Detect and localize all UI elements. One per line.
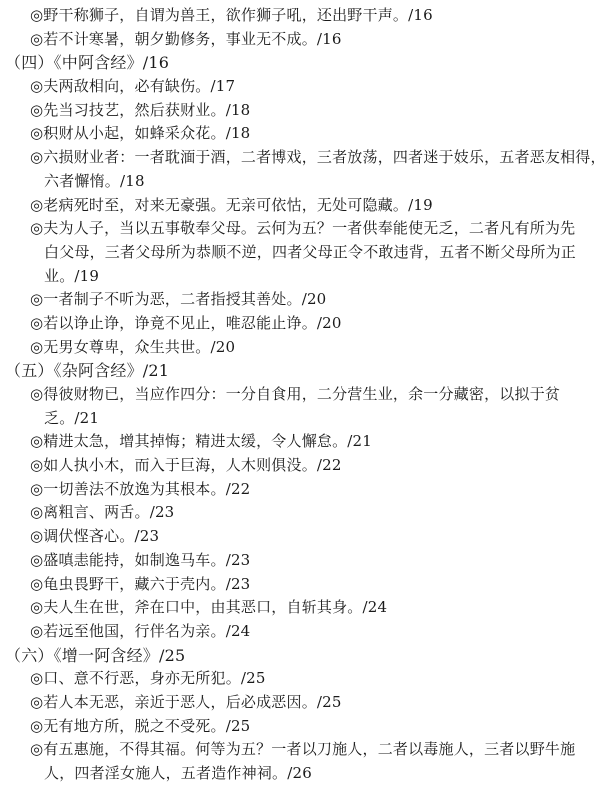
entry-line: ◎老病死时至，对来无豪强。无亲可依怙，无处可隐藏。/19 <box>0 194 600 218</box>
entry-line: ◎精进太急，增其掉悔；精进太缓，令人懈怠。/21 <box>0 430 600 454</box>
entry-line: ◎夫两敌相向，必有缺伤。/17 <box>0 75 600 99</box>
entry-line: ◎有五惠施，不得其福。何等为五？一者以刀施人，二者以毒施人，三者以野牛施 <box>0 738 600 762</box>
entry-line: ◎若不计寒暑，朝夕勤修务，事业无不成。/16 <box>0 28 600 52</box>
section-heading-za-ahan: （五）《杂阿含经》/21 <box>0 359 600 383</box>
entry-line: ◎若以诤止诤，诤竟不见止，唯忍能止诤。/20 <box>0 312 600 336</box>
entry-line: ◎口、意不行恶，身亦无所犯。/25 <box>0 667 600 691</box>
entry-line: ◎无有地方所，脱之不受死。/25 <box>0 715 600 739</box>
entry-continuation: 人，四者淫女施人，五者造作神祠。/26 <box>0 762 600 786</box>
entry-line: ◎龟虫畏野干，藏六于壳内。/23 <box>0 573 600 597</box>
book-page: ◎野干称狮子，自谓为兽王，欲作狮子吼，还出野干声。/16 ◎若不计寒暑，朝夕勤修… <box>0 0 600 800</box>
entry-line: ◎先当习技艺，然后获财业。/18 <box>0 99 600 123</box>
entry-line: ◎若远至他国，行伴名为亲。/24 <box>0 620 600 644</box>
section-heading-zhong-ahan: （四）《中阿含经》/16 <box>0 51 600 75</box>
entry-line: ◎一者制子不听为恶，二者指授其善处。/20 <box>0 288 600 312</box>
entry-line: ◎六损财业者：一者耽湎于酒，二者博戏，三者放荡，四者迷于妓乐，五者恶友相得， <box>0 146 600 170</box>
entry-line: ◎盛嗔恚能持，如制逸马车。/23 <box>0 549 600 573</box>
entry-continuation: 六者懈惰。/18 <box>0 170 600 194</box>
entry-line: ◎若人本无恶，亲近于恶人，后必成恶因。/25 <box>0 691 600 715</box>
entry-line: ◎得彼财物已，当应作四分：一分自食用，二分营生业，余一分藏密，以拟于贫 <box>0 383 600 407</box>
entry-line: ◎如人执小木，而入于巨海，人木则俱没。/22 <box>0 454 600 478</box>
entry-line: ◎夫人生在世，斧在口中，由其恶口，自斩其身。/24 <box>0 596 600 620</box>
section-heading-zengyi-ahan: （六）《增一阿含经》/25 <box>0 644 600 668</box>
entry-line: ◎无男女尊卑，众生共世。/20 <box>0 336 600 360</box>
entry-line: ◎积财从小起，如蜂采众花。/18 <box>0 122 600 146</box>
entry-line: ◎离粗言、两舌。/23 <box>0 501 600 525</box>
entry-line: ◎夫为人子，当以五事敬奉父母。云何为五？一者供奉能使无乏，二者凡有所为先 <box>0 217 600 241</box>
entry-continuation: 业。/19 <box>0 265 600 289</box>
entry-continuation: 乏。/21 <box>0 407 600 431</box>
entry-continuation: 白父母，三者父母所为恭顺不逆，四者父母正令不敢违背，五者不断父母所为正 <box>0 241 600 265</box>
entry-line: ◎一切善法不放逸为其根本。/22 <box>0 478 600 502</box>
entry-line: ◎野干称狮子，自谓为兽王，欲作狮子吼，还出野干声。/16 <box>0 4 600 28</box>
entry-line: ◎调伏悭吝心。/23 <box>0 525 600 549</box>
